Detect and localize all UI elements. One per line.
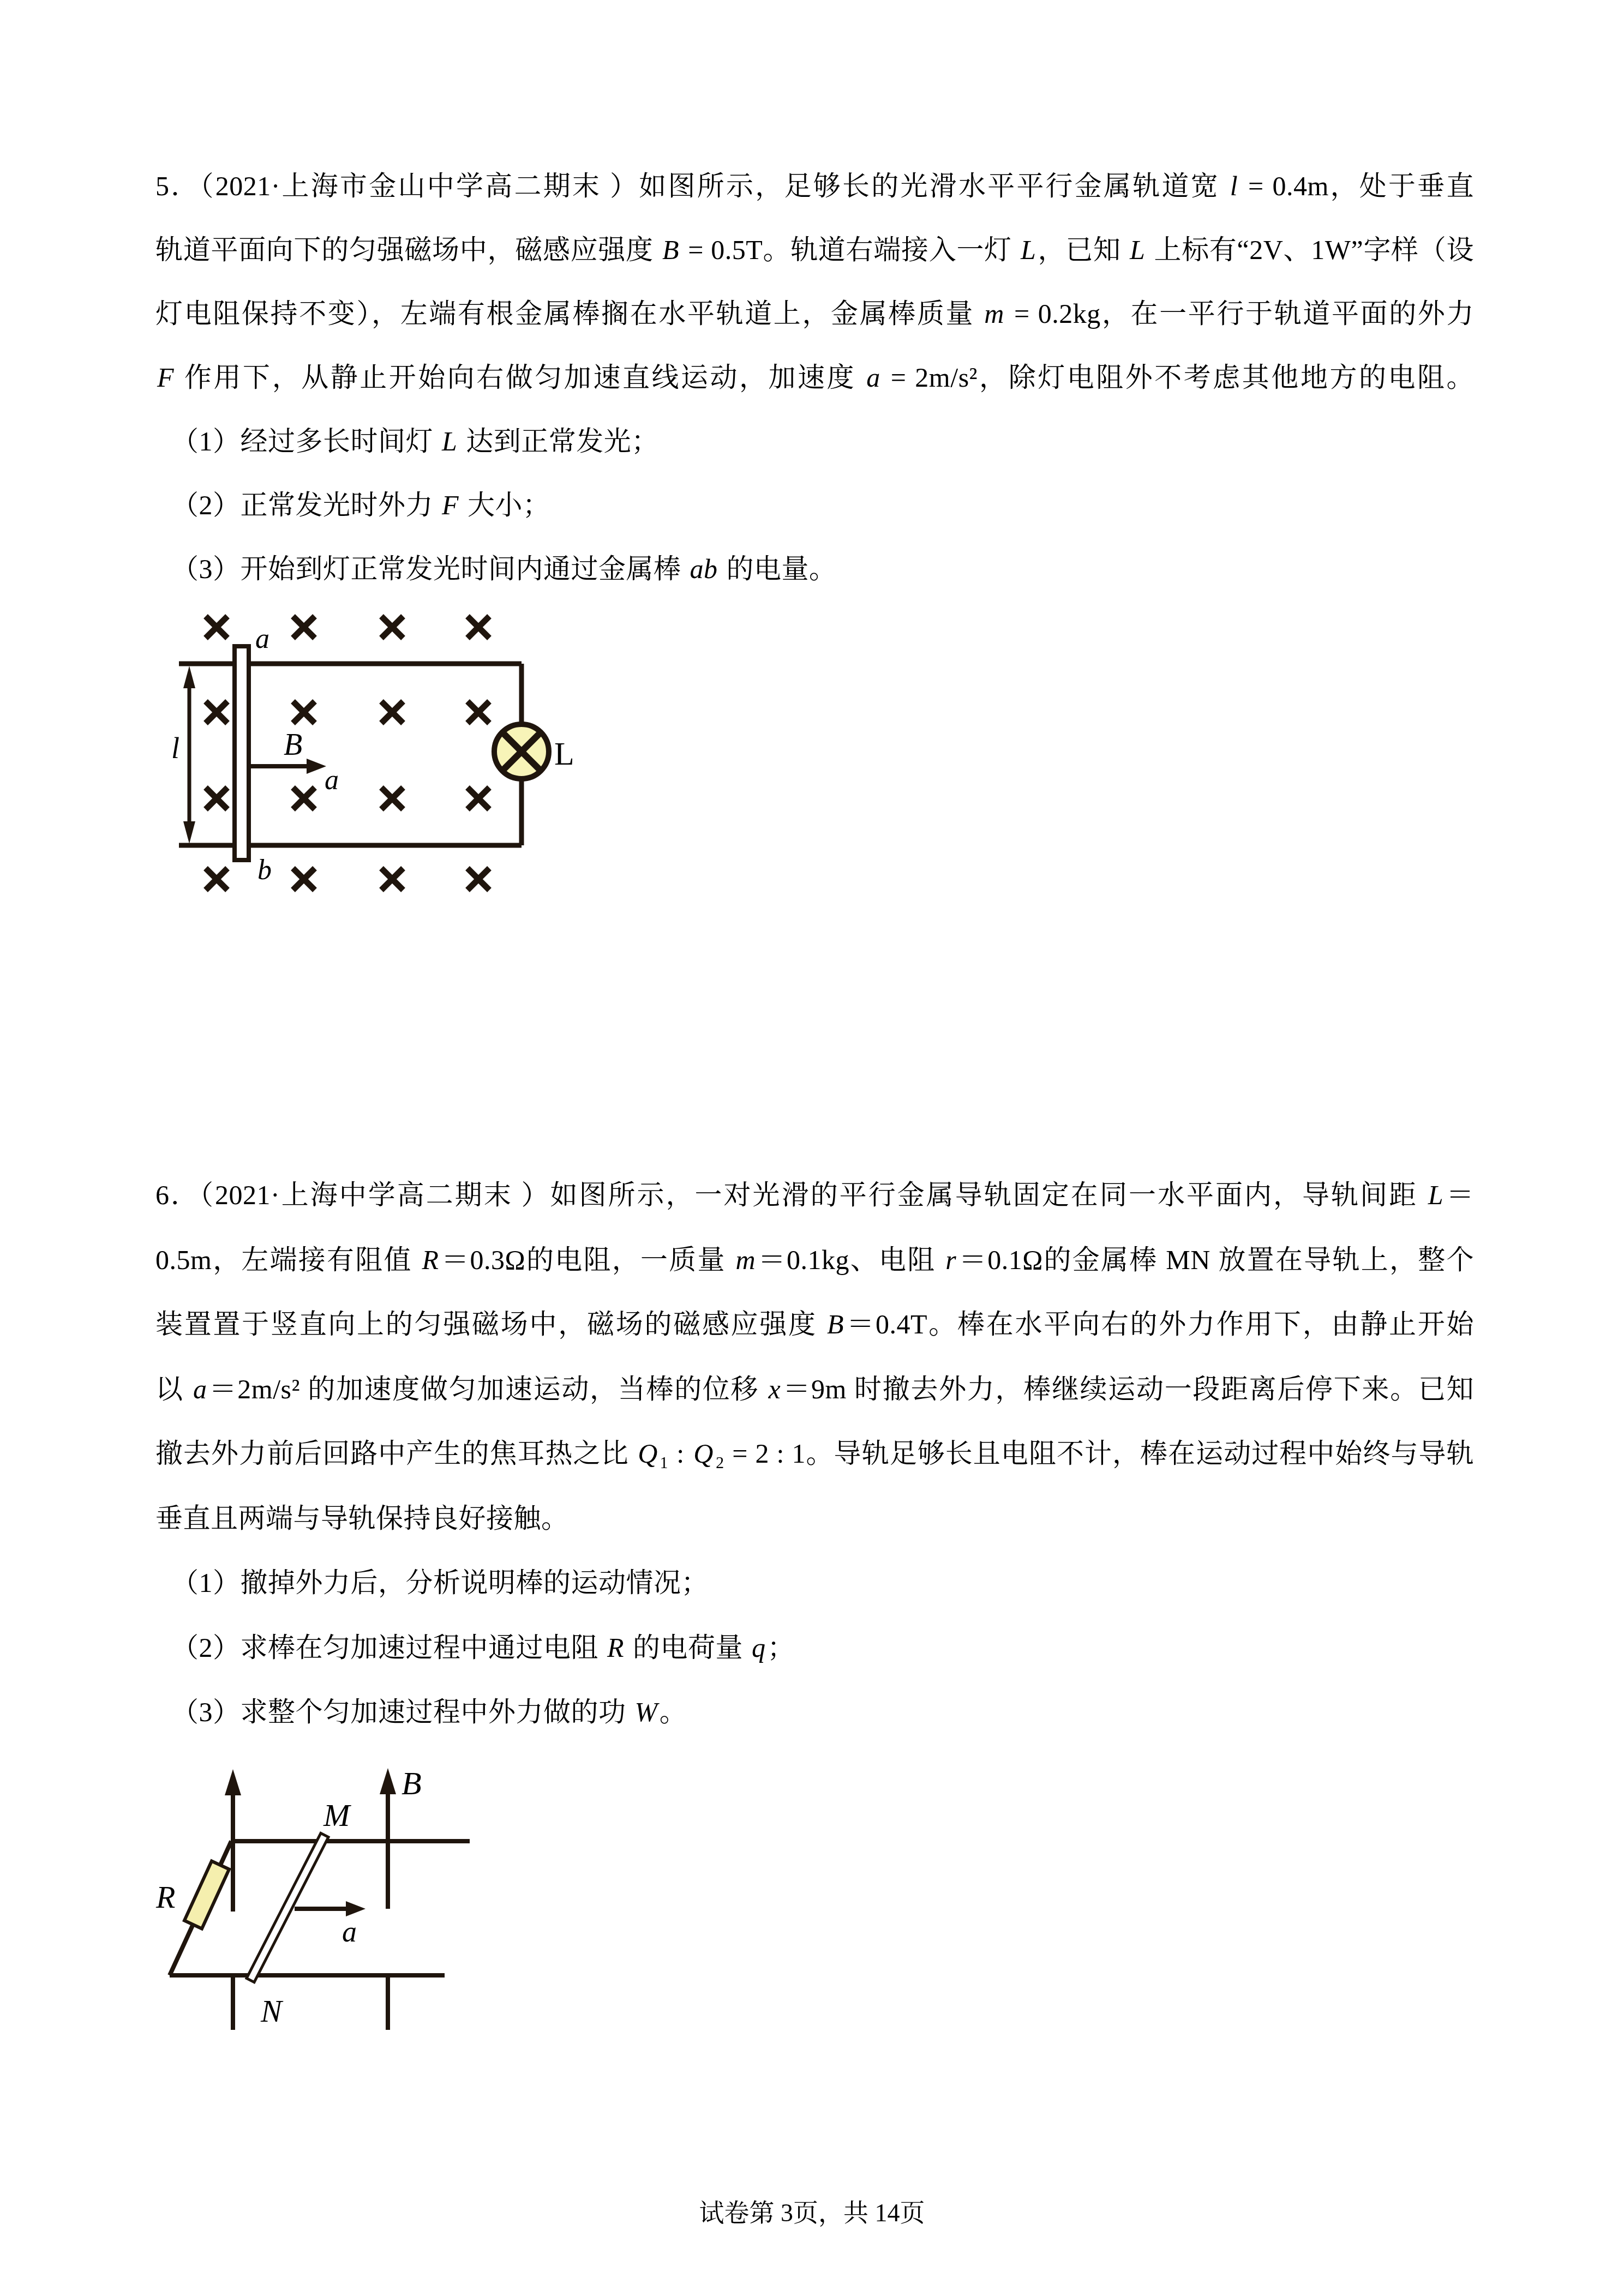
rail-width-arrow — [183, 666, 195, 844]
text-line: （1）经过多长时间灯 L 达到正常发光； — [155, 410, 1474, 473]
problem-5-text: 5．（2021·上海市金山中学高二期末 ）如图所示，足够长的光滑水平平行金属轨道… — [155, 154, 1474, 601]
text-line: F 作用下，从静止开始向右做匀加速直线运动，加速度 a = 2m/s²，除灯电阻… — [155, 346, 1474, 410]
text-line: （1）撤掉外力后，分析说明棒的运动情况； — [155, 1550, 1474, 1615]
text-line: （2）正常发光时外力 F 大小； — [155, 473, 1474, 537]
text-line: （3）开始到灯正常发光时间内通过金属棒 ab 的电量。 — [155, 537, 1474, 601]
text-line: 6．（2021·上海中学高二期末 ）如图所示，一对光滑的平行金属导轨固定在同一水… — [155, 1163, 1474, 1228]
text-line: 垂直且两端与导轨保持良好接触。 — [155, 1486, 1474, 1551]
lamp-label: L — [554, 736, 574, 772]
text-line: （2）求棒在匀加速过程中通过电阻 R 的电荷量 q； — [155, 1615, 1474, 1680]
text-line: 灯电阻保持不变），左端有根金属棒搁在水平轨道上，金属棒质量 m = 0.2kg，… — [155, 282, 1474, 346]
problem-6-figure: B R M N a — [153, 1756, 535, 2040]
field-label: B — [401, 1765, 422, 1801]
field-label: B — [284, 728, 302, 762]
page-footer: 试卷第 3页，共 14页 — [0, 2197, 1624, 2229]
acceleration-arrow — [295, 1901, 365, 1916]
problem-5-figure: l a b B a L — [153, 594, 589, 905]
rails — [179, 664, 522, 845]
rod-top-label: a — [255, 623, 269, 654]
text-line: 0.5m，左端接有阻值 R＝0.3Ω的电阻，一质量 m＝0.1kg、电阻 r＝0… — [155, 1228, 1474, 1293]
text-line: 装置置于竖直向上的匀强磁场中，磁场的磁感应强度 B＝0.4T。棒在水平向右的外力… — [155, 1292, 1474, 1357]
rod-ab — [235, 646, 249, 860]
b-field-arrows — [225, 1768, 396, 2030]
text-line: （3）求整个匀加速过程中外力做的功 W。 — [155, 1680, 1474, 1745]
text-line: 以 a＝2m/s² 的加速度做匀加速运动，当棒的位移 x＝9m 时撤去外力，棒继… — [155, 1357, 1474, 1422]
problem-6-text: 6．（2021·上海中学高二期末 ）如图所示，一对光滑的平行金属导轨固定在同一水… — [155, 1163, 1474, 1745]
rod-top-label: M — [323, 1798, 351, 1833]
resistor-label: R — [155, 1879, 175, 1915]
resistor-symbol — [184, 1861, 229, 1929]
lamp-symbol — [494, 724, 549, 779]
text-line: 轨道平面向下的匀强磁场中，磁感应强度 B = 0.5T。轨道右端接入一灯 L，已… — [155, 218, 1474, 282]
acceleration-label: a — [325, 765, 339, 796]
rod-bottom-label: b — [257, 855, 272, 886]
exam-page: 5．（2021·上海市金山中学高二期末 ）如图所示，足够长的光滑水平平行金属轨道… — [0, 0, 1624, 2296]
acceleration-label: a — [342, 1915, 357, 1948]
text-line: 5．（2021·上海市金山中学高二期末 ）如图所示，足够长的光滑水平平行金属轨道… — [155, 154, 1474, 218]
rod-bottom-label: N — [260, 1993, 284, 2029]
rail-width-label: l — [171, 732, 179, 765]
text-line: 撤去外力前后回路中产生的焦耳热之比 Q₁ : Q₂ = 2 : 1。导轨足够长且… — [155, 1421, 1474, 1486]
